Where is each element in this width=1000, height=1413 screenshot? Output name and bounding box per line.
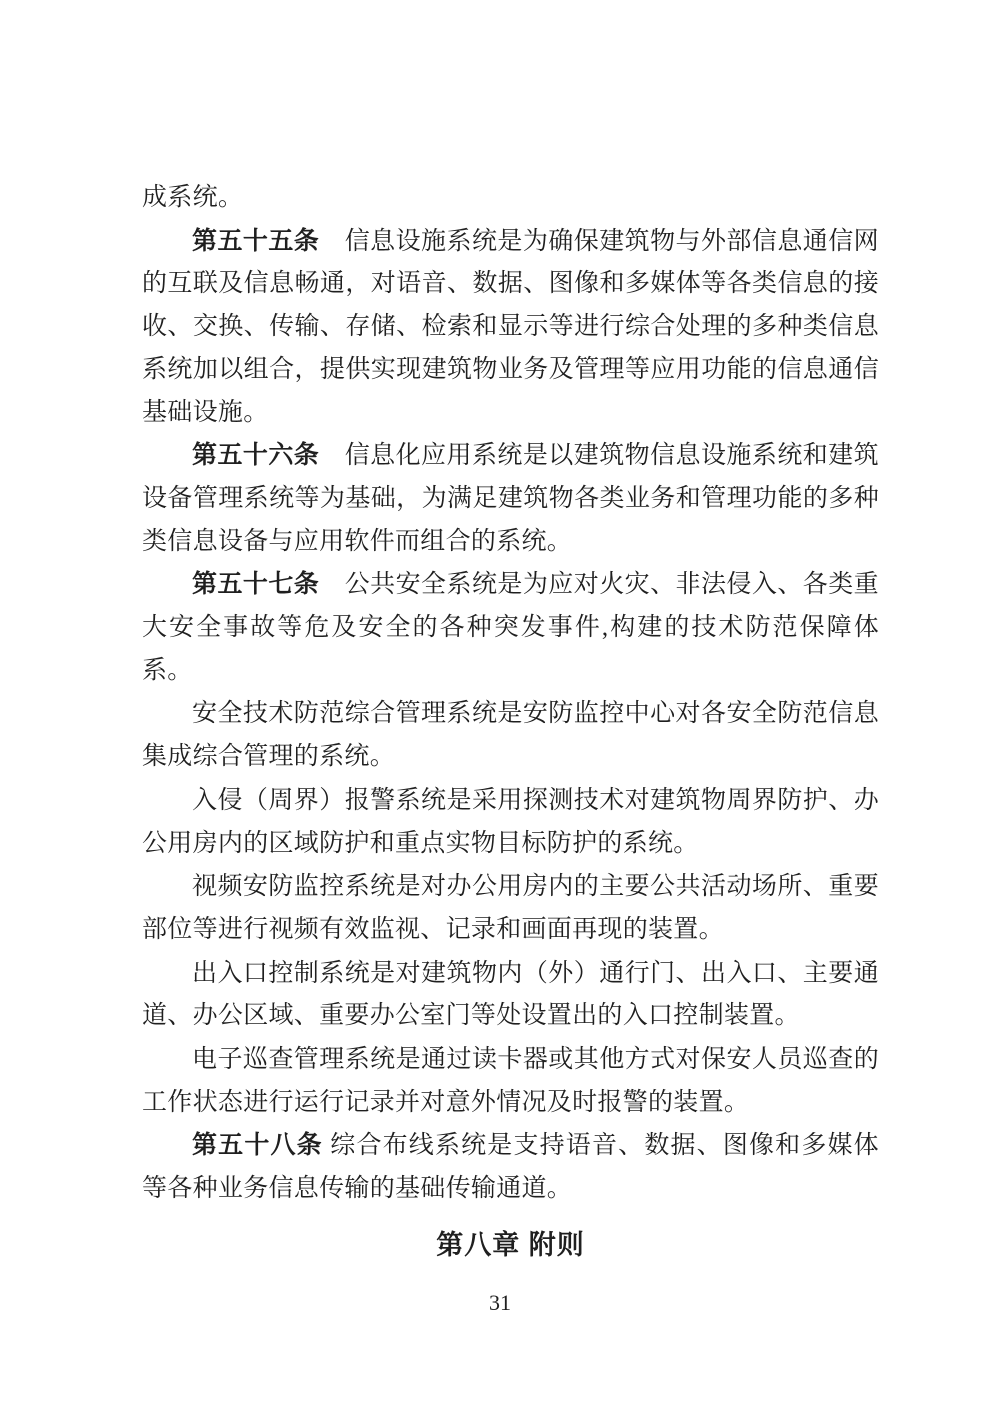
article-number: 第五十五条 [192, 227, 319, 255]
document-page: 成系统。 第五十五条 信息设施系统是为确保建筑物与外部信息通信网的互联及信息畅通… [0, 0, 1000, 1413]
chapter-heading: 第八章 附则 [142, 1224, 879, 1266]
paragraph: 第五十七条 公共安全系统是为应对火灾、非法侵入、各类重大安全事故等危及安全的各种… [142, 563, 879, 692]
paragraph-text: 电子巡查管理系统是通过读卡器或其他方式对保安人员巡查的工作状态进行运行记录并对意… [142, 1046, 879, 1116]
paragraph: 电子巡查管理系统是通过读卡器或其他方式对保安人员巡查的工作状态进行运行记录并对意… [142, 1038, 879, 1124]
paragraph: 入侵（周界）报警系统是采用探测技术对建筑物周界防护、办公用房内的区域防护和重点实… [142, 779, 879, 865]
page-number: 31 [0, 1288, 1000, 1318]
paragraph: 成系统。 [142, 176, 879, 220]
paragraph: 安全技术防范综合管理系统是安防监控中心对各安全防范信息集成综合管理的系统。 [142, 692, 879, 778]
paragraph-text: 视频安防监控系统是对办公用房内的主要公共活动场所、重要部位等进行视频有效监视、记… [142, 873, 879, 943]
document-body: 成系统。 第五十五条 信息设施系统是为确保建筑物与外部信息通信网的互联及信息畅通… [142, 176, 879, 1266]
article-number: 第五十八条 [192, 1131, 323, 1159]
paragraph: 第五十六条 信息化应用系统是以建筑物信息设施系统和建筑设备管理系统等为基础，为满… [142, 434, 879, 563]
article-number: 第五十七条 [192, 570, 319, 598]
paragraph-text: 入侵（周界）报警系统是采用探测技术对建筑物周界防护、办公用房内的区域防护和重点实… [142, 787, 879, 857]
paragraph-text: 安全技术防范综合管理系统是安防监控中心对各安全防范信息集成综合管理的系统。 [142, 700, 879, 770]
paragraph-text: 信息设施系统是为确保建筑物与外部信息通信网的互联及信息畅通，对语音、数据、图像和… [142, 228, 879, 426]
article-number: 第五十六条 [192, 441, 319, 469]
paragraph: 出入口控制系统是对建筑物内（外）通行门、出入口、主要通道、办公区域、重要办公室门… [142, 952, 879, 1038]
paragraph: 第五十八条 综合布线系统是支持语音、数据、图像和多媒体等各种业务信息传输的基础传… [142, 1124, 879, 1210]
paragraph: 第五十五条 信息设施系统是为确保建筑物与外部信息通信网的互联及信息畅通，对语音、… [142, 220, 879, 435]
paragraph-text: 成系统。 [142, 184, 243, 211]
paragraph-text: 出入口控制系统是对建筑物内（外）通行门、出入口、主要通道、办公区域、重要办公室门… [142, 960, 879, 1030]
paragraph: 视频安防监控系统是对办公用房内的主要公共活动场所、重要部位等进行视频有效监视、记… [142, 865, 879, 951]
